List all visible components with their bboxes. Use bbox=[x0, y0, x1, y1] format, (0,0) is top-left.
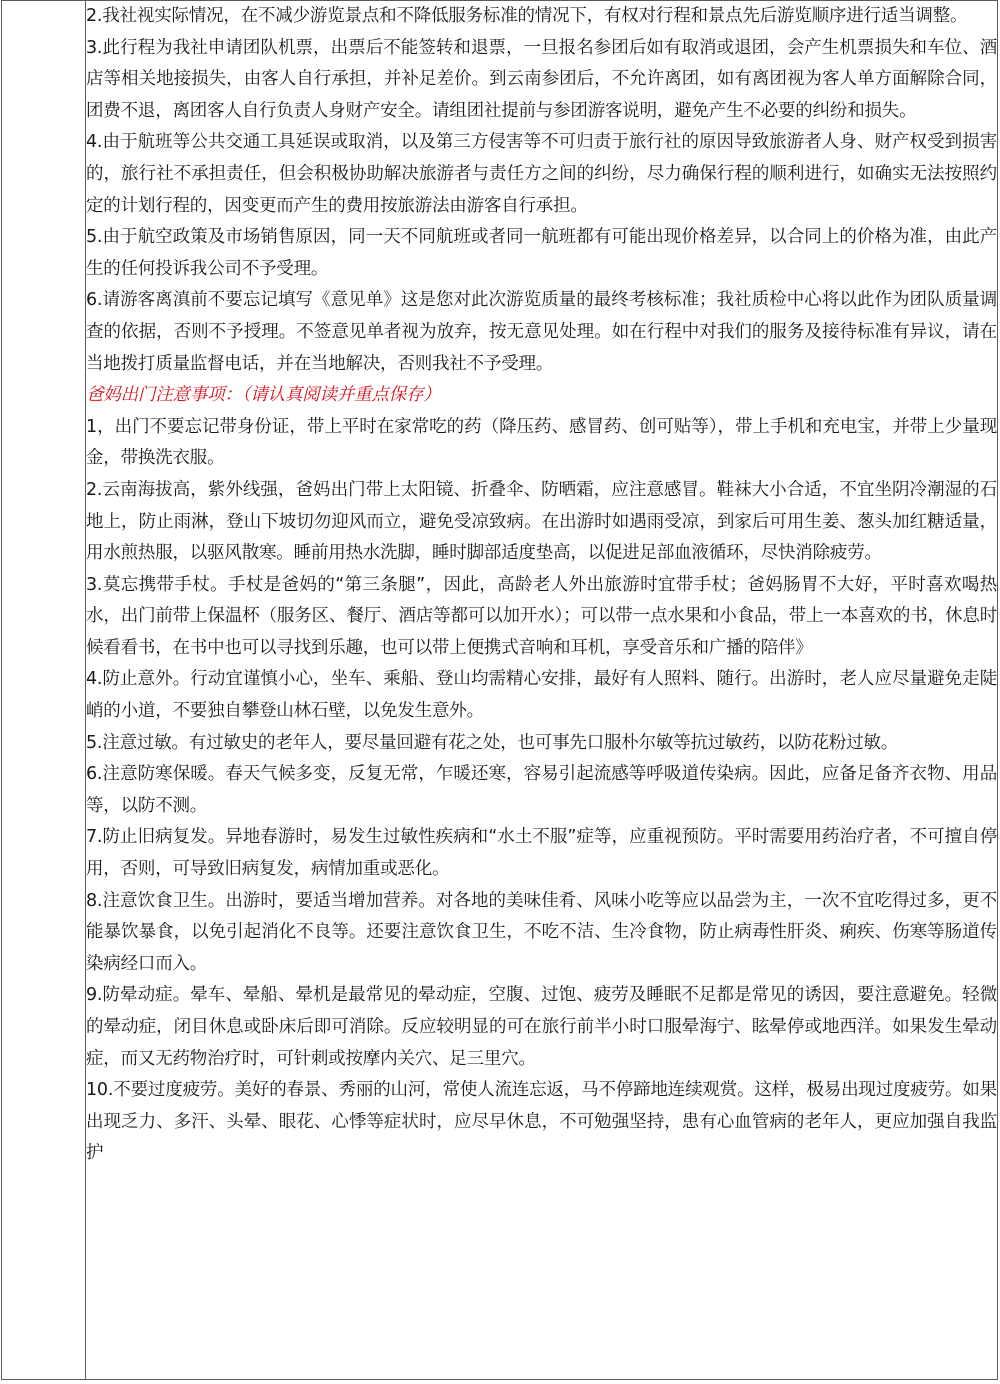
notes-content-cell: 2.我社视实际情况，在不减少游览景点和不降低服务标准的情况下，有权对行程和景点先… bbox=[86, 1, 998, 1380]
tip-paragraph-10: 10.不要过度疲劳。美好的春景、秀丽的山河，常使人流连忘返，马不停蹄地连续观赏。… bbox=[86, 1075, 997, 1170]
tip-paragraph-7: 7.防止旧病复发。异地春游时，易发生过敏性疾病和“水土不服”症等，应重视预防。平… bbox=[86, 822, 997, 885]
tip-paragraph-1: 1，出门不要忘记带身份证，带上平时在家常吃的药（降压药、感冒药、创可贴等），带上… bbox=[86, 412, 997, 475]
tip-paragraph-4: 4.防止意外。行动宜谨慎小心，坐车、乘船、登山均需精心安排，最好有人照料、随行。… bbox=[86, 664, 997, 727]
note-paragraph-3: 3.此行程为我社申请团队机票，出票后不能签转和退票，一旦报名参团后如有取消或退团… bbox=[86, 33, 997, 128]
note-paragraph-5: 5.由于航空政策及市场销售原因，同一天不同航班或者同一航班都有可能出现价格差异，… bbox=[86, 222, 997, 285]
section-heading: 爸妈出门注意事项：（请认真阅读并重点保存） bbox=[86, 380, 997, 412]
tip-paragraph-2: 2.云南海拔高，紫外线强，爸妈出门带上太阳镜、折叠伞、防晒霜，应注意感冒。鞋袜大… bbox=[86, 475, 997, 570]
document-page: 2.我社视实际情况，在不减少游览景点和不降低服务标准的情况下，有权对行程和景点先… bbox=[0, 0, 1000, 1384]
table-row: 2.我社视实际情况，在不减少游览景点和不降低服务标准的情况下，有权对行程和景点先… bbox=[2, 1, 998, 1380]
note-paragraph-6: 6.请游客离滇前不要忘记填写《意见单》这是您对此次游览质量的最终考核标准；我社质… bbox=[86, 285, 997, 380]
tip-paragraph-5: 5.注意过敏。有过敏史的老年人，要尽量回避有花之处，也可事先口服朴尔敏等抗过敏药… bbox=[86, 728, 997, 760]
note-paragraph-2: 2.我社视实际情况，在不减少游览景点和不降低服务标准的情况下，有权对行程和景点先… bbox=[86, 1, 997, 33]
note-paragraph-4: 4.由于航班等公共交通工具延误或取消，以及第三方侵害等不可归责于旅行社的原因导致… bbox=[86, 127, 997, 222]
tip-paragraph-6: 6.注意防寒保暖。春天气候多变，反复无常，乍暖还寒，容易引起流感等呼吸道传染病。… bbox=[86, 759, 997, 822]
tip-paragraph-3: 3.莫忘携带手杖。手杖是爸妈的“第三条腿”，因此，高龄老人外出旅游时宜带手杖；爸… bbox=[86, 570, 997, 665]
itinerary-notes-table: 2.我社视实际情况，在不减少游览景点和不降低服务标准的情况下，有权对行程和景点先… bbox=[1, 0, 998, 1380]
tip-paragraph-8: 8.注意饮食卫生。出游时，要适当增加营养。对各地的美味佳肴、风味小吃等应以品尝为… bbox=[86, 886, 997, 981]
tip-paragraph-9: 9.防晕动症。晕车、晕船、晕机是最常见的晕动症，空腹、过饱、疲劳及睡眠不足都是常… bbox=[86, 980, 997, 1075]
left-label-cell bbox=[2, 1, 86, 1380]
